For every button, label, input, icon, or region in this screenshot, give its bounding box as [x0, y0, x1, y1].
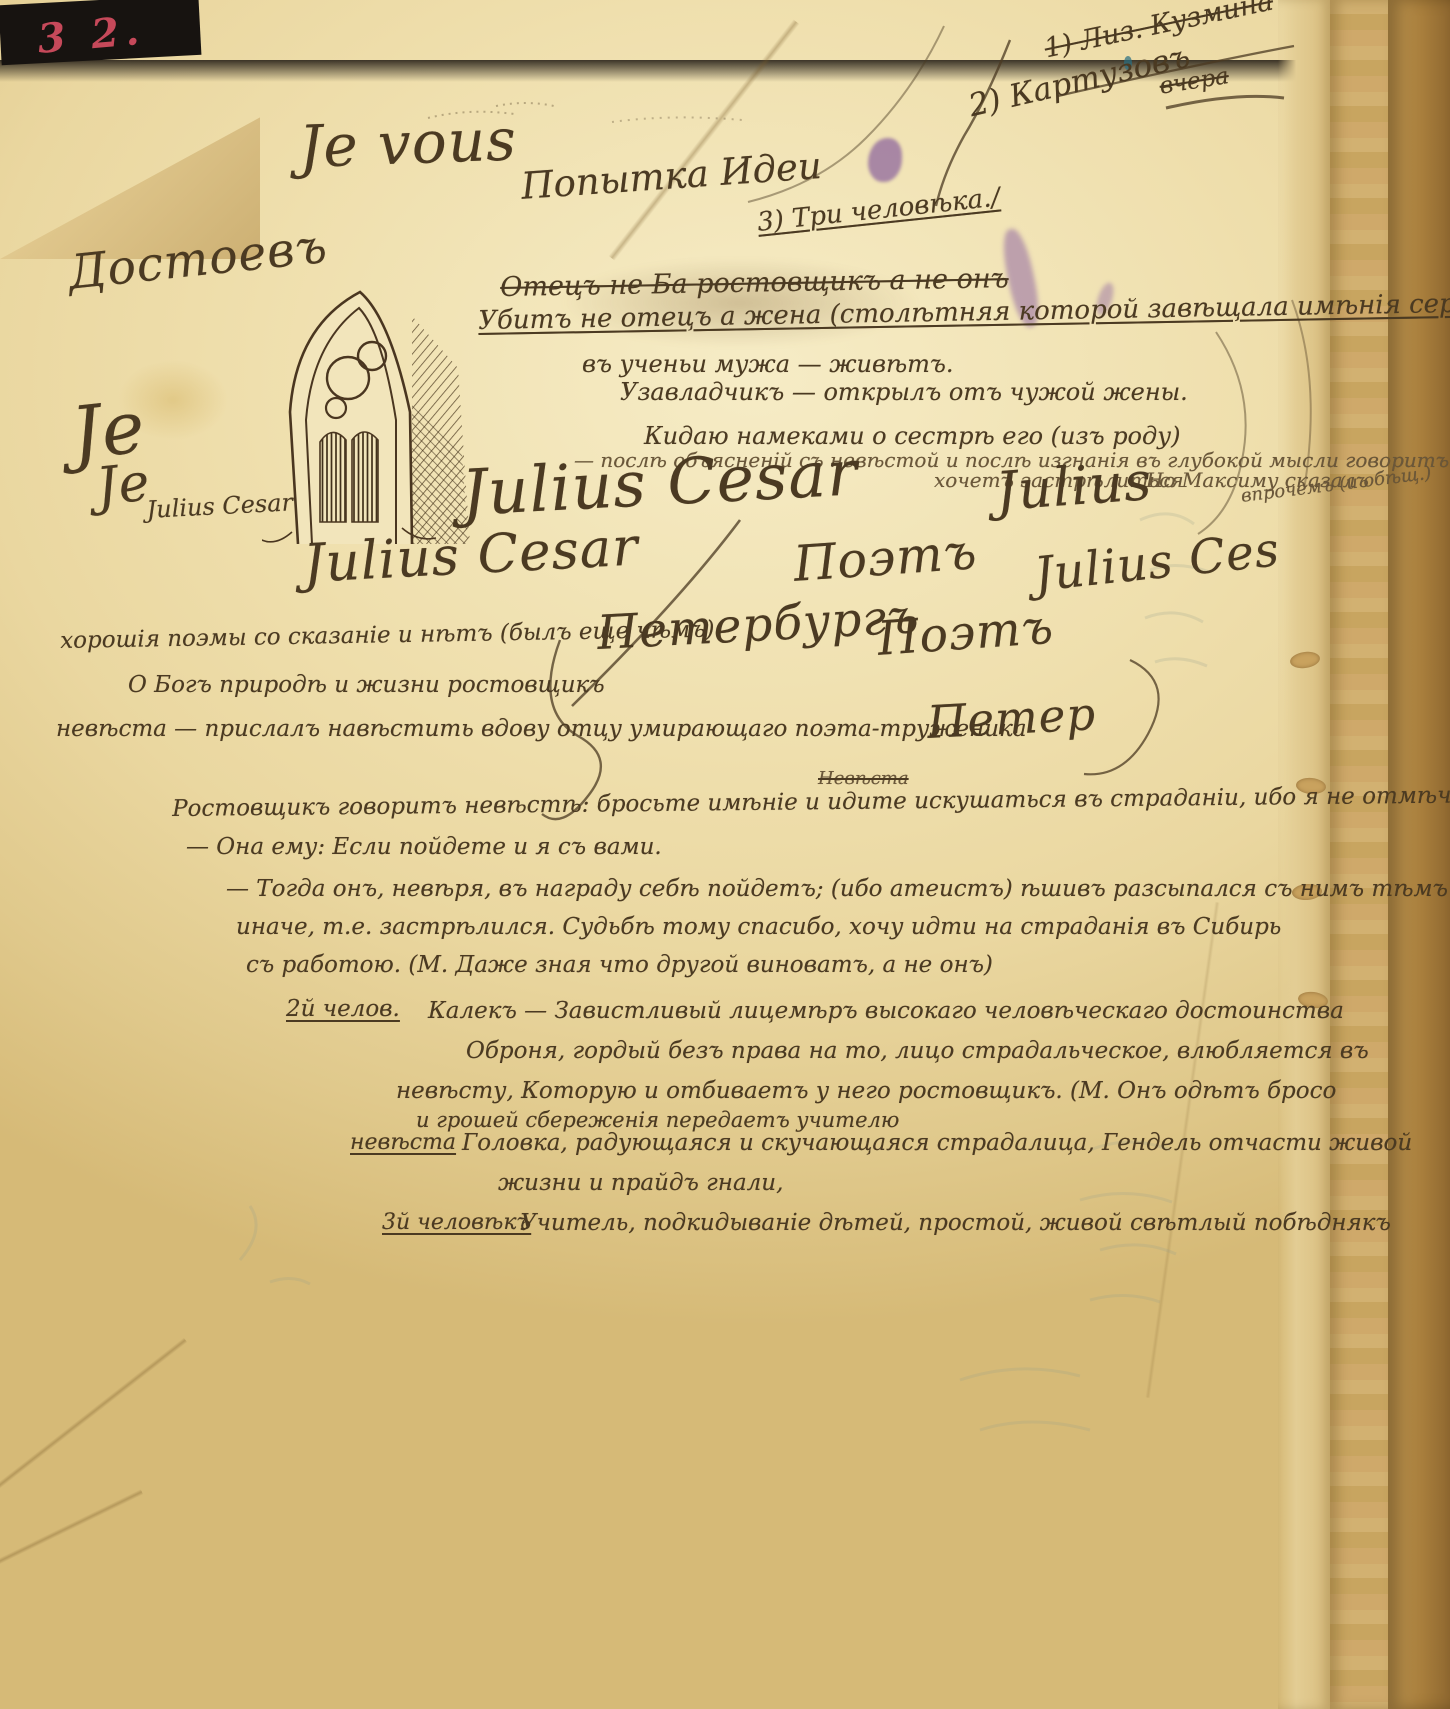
scan-top-shadow — [0, 60, 1450, 82]
calligraphy-petersburg: Петербургъ — [596, 593, 920, 657]
body-line: иначе, т.е. застрѣлился. Судьбѣ тому спа… — [236, 916, 1281, 939]
body-line: жизни и прайдъ гнали, — [498, 1172, 783, 1195]
body-line: Головка, радующаяся и скучающаяся страда… — [462, 1132, 1412, 1155]
body-label-bride: невѣста — [350, 1132, 456, 1154]
body-line: — Тогда онъ, невѣря, въ награду себѣ пой… — [226, 878, 1448, 901]
page-edge-outer — [1388, 0, 1450, 1709]
body-label-second-man: 2й челов. — [286, 998, 400, 1021]
body-line: Калекъ — Завистливый лицемѣръ высокаго ч… — [428, 1000, 1344, 1023]
page-number: 3 2. — [36, 11, 147, 60]
body-line: Учитель, подкидываніе дѣтей, простой, жи… — [520, 1212, 1391, 1235]
calligraphy-julius-ces: Julius Ces — [1032, 526, 1282, 598]
draft-line-teaching: въ ученьи мужа — живѣтъ. — [582, 352, 954, 376]
note-god-line: О Богъ природѣ и жизни ростовщикъ — [128, 674, 605, 697]
body-line: — Она ему: Если пойдете и я съ вами. — [186, 836, 662, 859]
calligraphy-julius-tiny: Julius Cesar — [146, 490, 294, 522]
paper-crease — [0, 1489, 143, 1591]
calligraphy-peter: Петер — [926, 691, 1097, 745]
draft-struck-line: Отецъ не Ба ростовщикъ а не онъ — [500, 265, 1009, 301]
body-line: Ростовщикъ говоритъ невѣстѣ: бросьте имѣ… — [172, 783, 1450, 821]
draft-line-owner: Узавладчикъ — открылъ отъ чужой жены. — [620, 380, 1188, 404]
note-bride-line: невѣста — прислалъ навѣстить вдову отцу … — [56, 718, 1027, 741]
note-bride-small: Невѣста — [818, 770, 909, 788]
body-line: съ работою. (М. Даже зная что другой вин… — [246, 954, 993, 977]
calligraphy-julius-right: Julius — [994, 455, 1154, 519]
calligraphy-julius-mid: Julius Cesar — [302, 520, 640, 590]
calligraphy-poet-mid: Поэтъ — [792, 527, 979, 589]
paper-crease — [0, 1338, 187, 1503]
calligraphy-je-small: Je — [94, 456, 153, 513]
page-edge-stack — [1330, 0, 1388, 1709]
body-line: невѣсту, Которую и отбиваетъ у него рост… — [396, 1080, 1336, 1103]
body-line: Оброня, гордый безъ права на то, лицо ст… — [466, 1040, 1369, 1063]
calligraphy-poet-lower: Поэтъ — [876, 604, 1055, 663]
purple-ink-blot — [868, 138, 902, 182]
body-label-third-man: 3й человѣкъ — [382, 1212, 531, 1234]
heading-attempt-of-idea: Попытка Идеи — [520, 147, 823, 205]
calligraphy-julius-big: Julius Cesar — [460, 441, 859, 525]
gothic-window-sketch — [262, 282, 488, 544]
page-edge-inner — [1278, 0, 1330, 1709]
body-line: и грошей сбереженія передаетъ учителю — [416, 1110, 899, 1131]
calligraphy-je-vous: Je vous — [298, 110, 518, 176]
manuscript-page: 3 2. 1) Лиз. Кузмина вчера 2) Картузовъ … — [0, 0, 1450, 1709]
heading-three-men: 3) Три человѣка./ — [756, 185, 1001, 236]
